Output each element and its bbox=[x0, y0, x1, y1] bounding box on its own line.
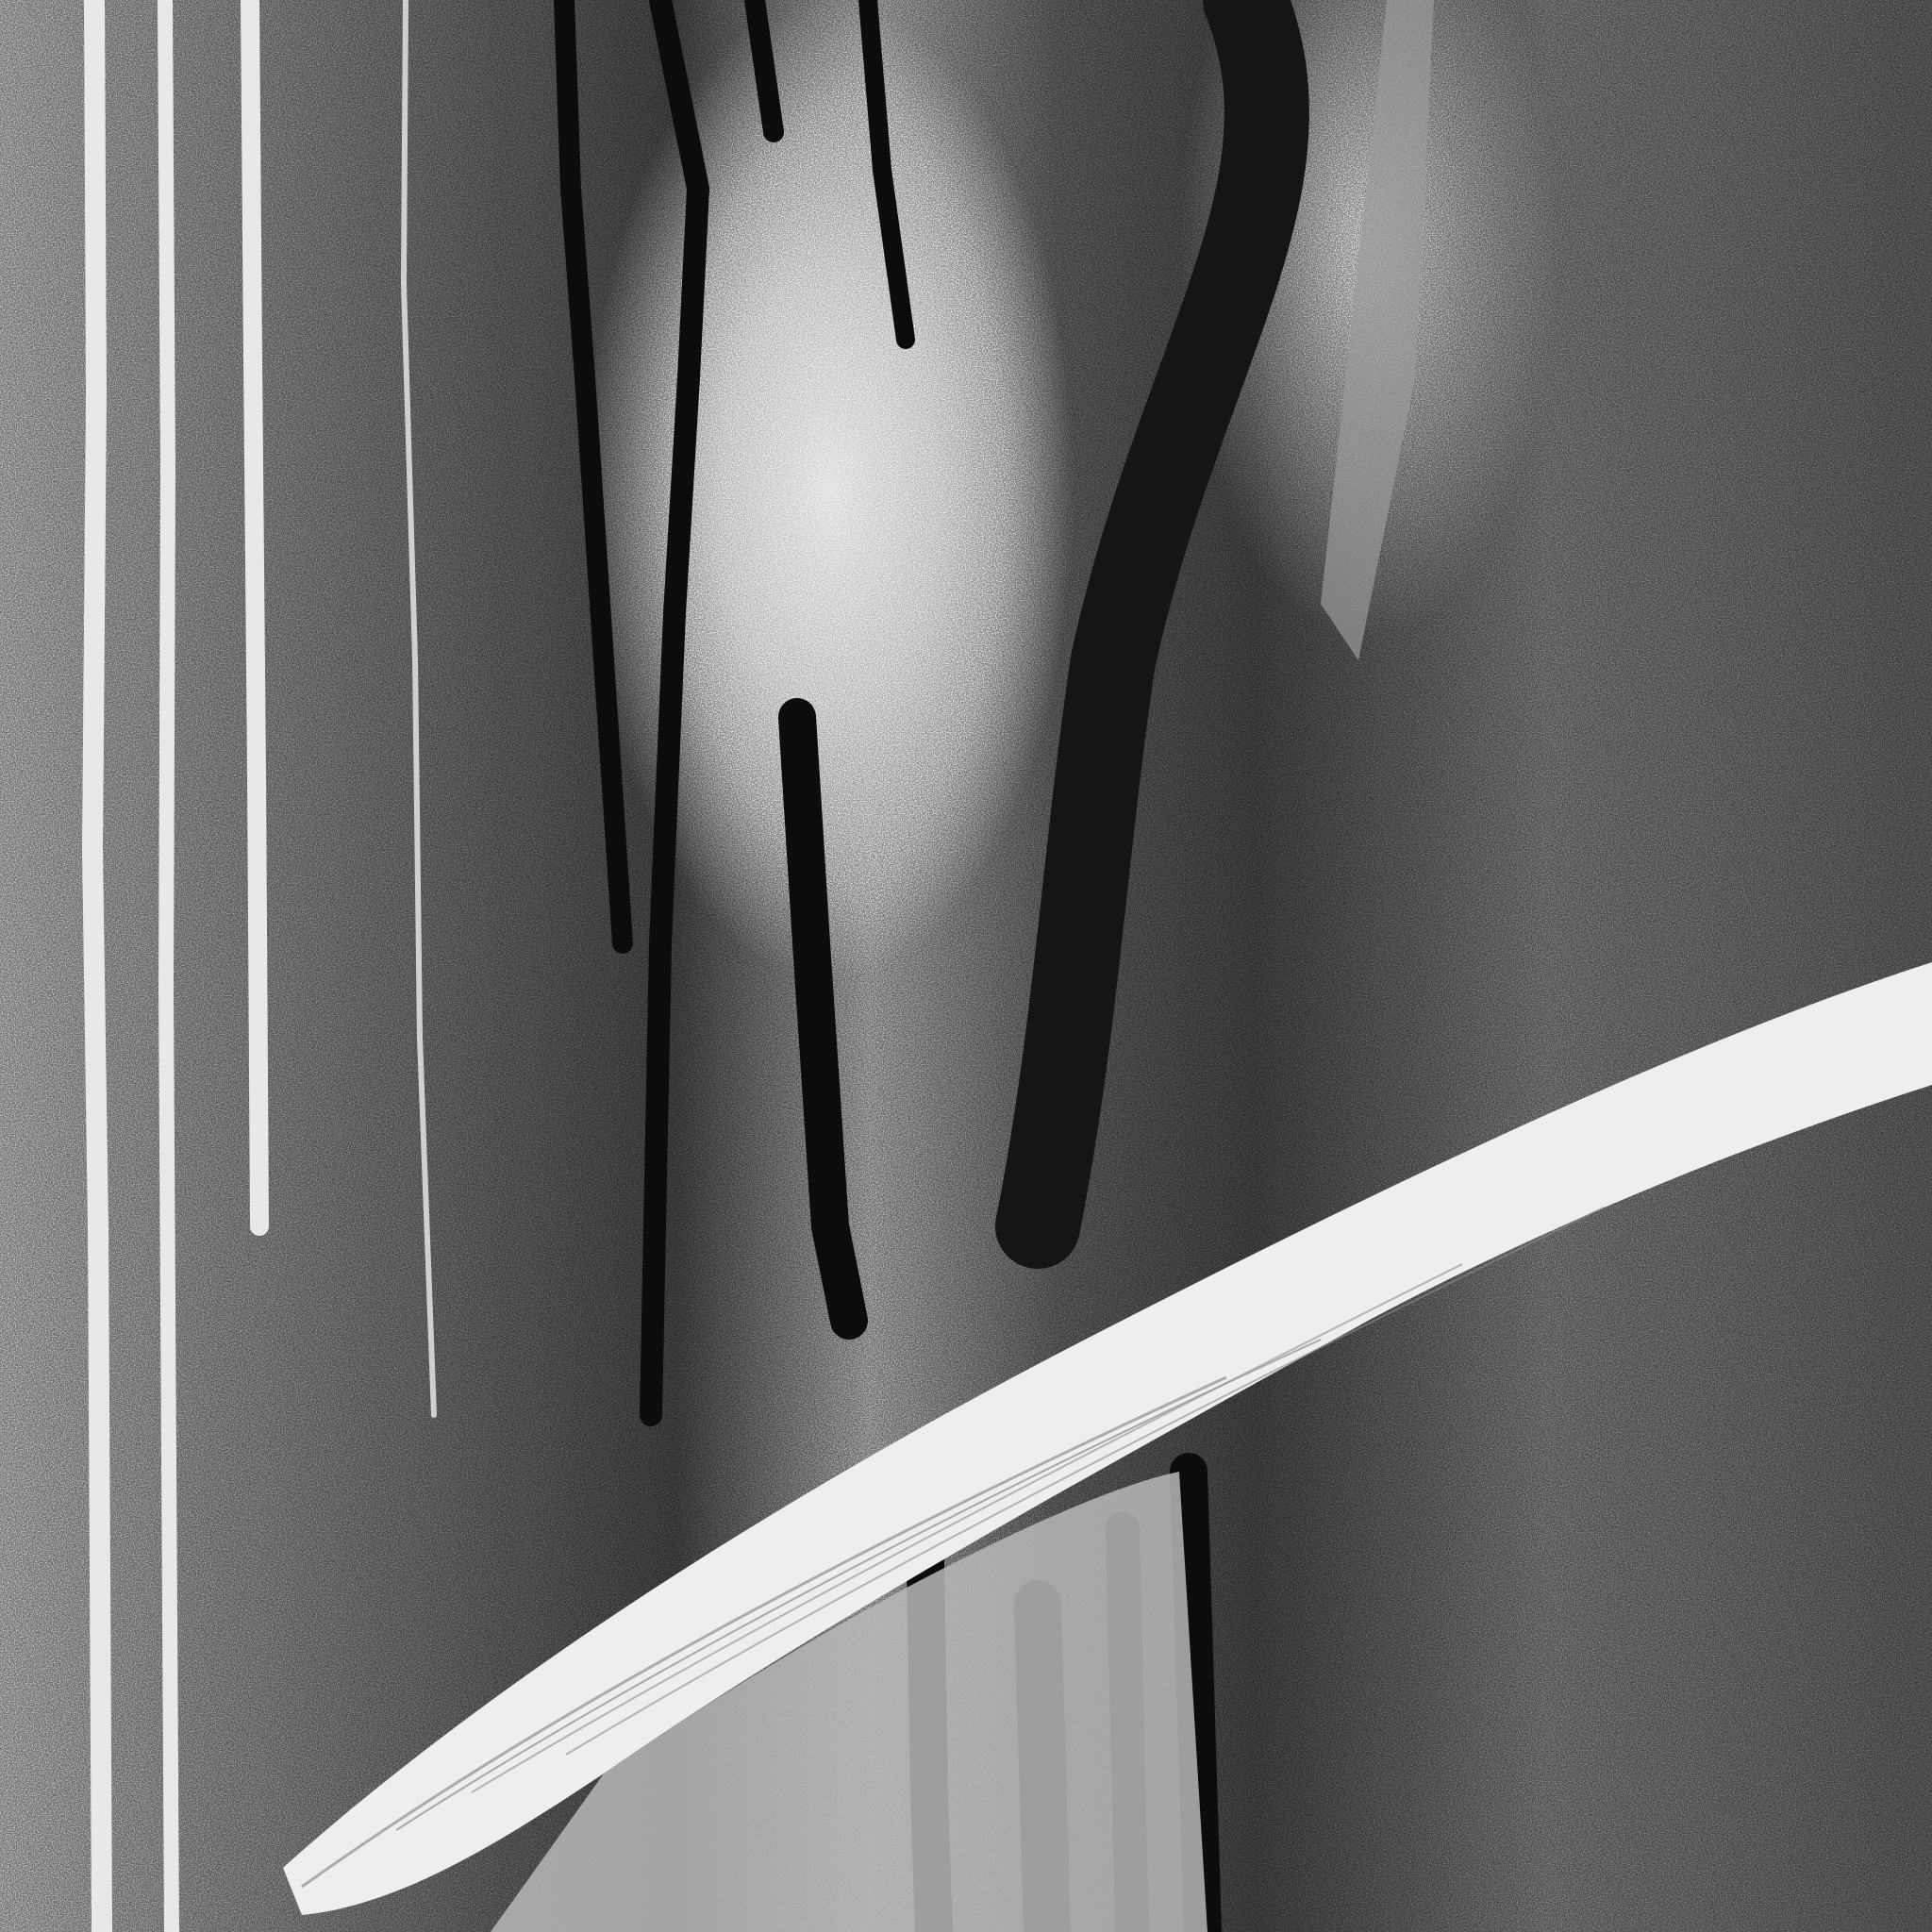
light-diagonal-band bbox=[1321, 0, 1434, 660]
white-drips-left bbox=[92, 0, 434, 1932]
painting-canvas bbox=[0, 0, 1932, 1932]
paint-strokes bbox=[0, 0, 1932, 1932]
